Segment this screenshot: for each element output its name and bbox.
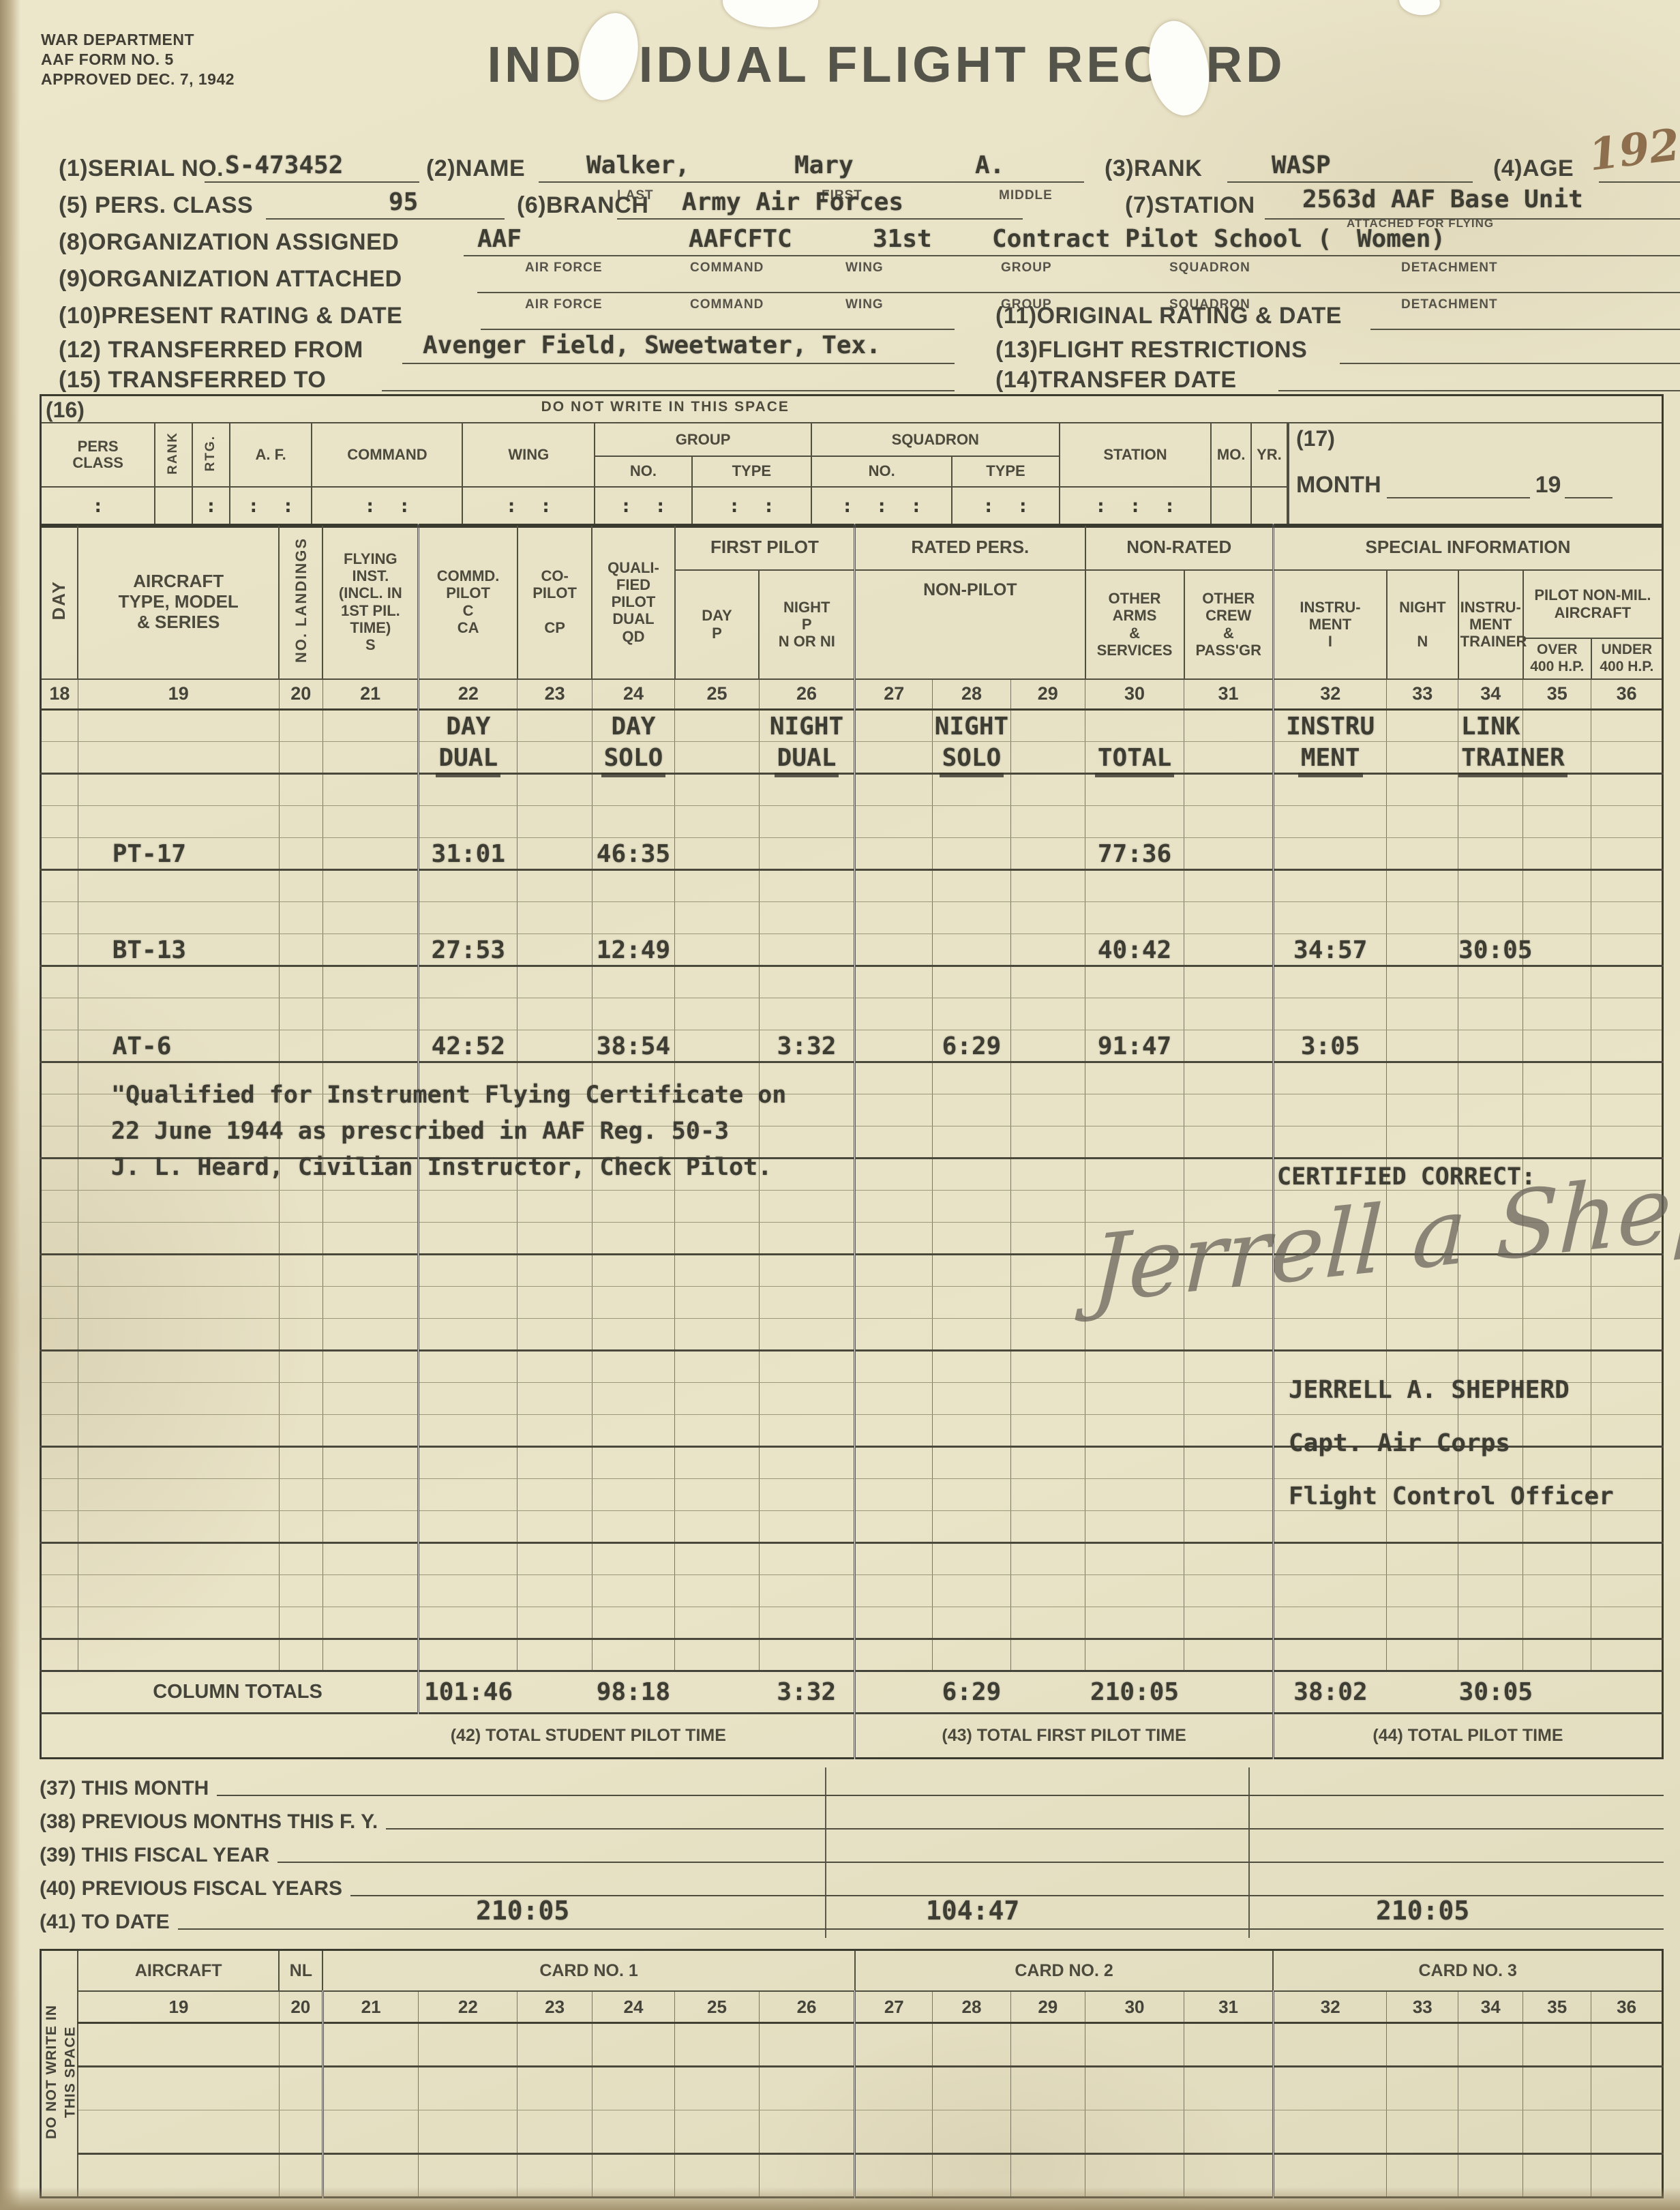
station-label: (7)STATION [1125, 192, 1255, 219]
org-assigned-underline [464, 255, 1680, 256]
hdr-first-pilot: FIRST PILOT [675, 525, 855, 570]
year-prefix: 19 [1535, 472, 1561, 498]
year-underline [1565, 497, 1612, 498]
col-rtg: RTG. [192, 423, 230, 487]
grid-row [41, 966, 1663, 998]
sub-air-force-2: AIR FORCE [525, 297, 603, 312]
org-air-force-value: AAF [477, 225, 522, 253]
transferred-to-label: (15) TRANSFERRED TO [59, 367, 326, 393]
scan-edge-left [0, 0, 20, 2210]
pers-class-underline [266, 218, 505, 220]
flight-row-bt13: BT-1327:5312:4940:4234:5730:05 [41, 934, 1663, 966]
section16-strip: (16) DO NOT WRITE IN THIS SPACE [42, 396, 1662, 423]
card-grid-row [41, 2023, 1663, 2067]
grid-row [41, 1318, 1663, 1350]
card-hdr-2: CARD NO. 2 [855, 1950, 1274, 1992]
sub-command-1: COMMAND [690, 260, 764, 275]
sub-group-1: GROUP [1001, 260, 1052, 275]
name-last-value: Walker, [586, 151, 690, 179]
totals-footer-row: (42) TOTAL STUDENT PILOT TIME (43) TOTAL… [41, 1713, 1663, 1758]
hdr-landings: NO. LANDINGS [279, 525, 322, 679]
sub-label-middle: MIDDLE [999, 188, 1053, 203]
form-number-label: AAF FORM NO. 5 [41, 50, 235, 70]
station-value: 2563d AAF Base Unit [1302, 185, 1583, 213]
org-command-value: AAFCFTC [689, 225, 792, 253]
flight-row-at6: AT-642:5238:543:326:2991:473:05 [41, 1030, 1663, 1062]
month-underline [1387, 497, 1530, 498]
serial-underline [205, 181, 419, 183]
card-hdr-3: CARD NO. 3 [1273, 1950, 1662, 1992]
col-command: COMMAND [312, 423, 462, 487]
sub-detachment-2: DETACHMENT [1401, 297, 1498, 312]
rank-value: WASP [1272, 151, 1331, 179]
transferred-from-label: (12) TRANSFERRED FROM [59, 337, 363, 363]
branch-label: (6)BRANCH [517, 192, 648, 219]
col-squadron-type: TYPE [952, 456, 1059, 486]
column-totals-label: COLUMN TOTALS [78, 1671, 419, 1713]
col-wing: WING [462, 423, 595, 487]
hdr-non-mil: PILOT NON-MIL. AIRCRAFT [1523, 570, 1663, 638]
officer-role: Flight Control Officer [1289, 1470, 1614, 1523]
serial-label: (1)SERIAL NO. [59, 155, 224, 182]
hdr-other-arms: OTHER ARMS & SERVICES [1085, 570, 1184, 679]
total-pilot-time-label: (44) TOTAL PILOT TIME [1273, 1713, 1662, 1758]
flight-restrictions-label: (13)FLIGHT RESTRICTIONS [995, 337, 1307, 363]
pers-class-value: 95 [389, 188, 418, 216]
name-label: (2)NAME [426, 155, 525, 182]
hdr-over-400: OVER 400 H.P. [1523, 638, 1591, 679]
to-date-value-2: 104:47 [926, 1896, 1019, 1926]
hdr-instrument: INSTRU- MENT I [1273, 570, 1387, 679]
flight-row-pt17: PT-1731:0146:3577:36 [41, 837, 1663, 869]
rank-label: (3)RANK [1105, 155, 1202, 182]
hdr-special-info: SPECIAL INFORMATION [1273, 525, 1662, 570]
hdr-non-rated: NON-RATED [1085, 525, 1274, 570]
original-rating-label: (11)ORIGINAL RATING & DATE [995, 303, 1342, 329]
grid-row [41, 1286, 1663, 1318]
name-middle-value: A. [975, 151, 1004, 179]
transferred-to-underline [382, 390, 955, 391]
org-attached-label: (9)ORGANIZATION ATTACHED [59, 266, 402, 293]
hdr-qualified: QUALI- FIED PILOT DUAL QD [592, 525, 674, 679]
branch-value: Army Air Forces [682, 188, 903, 216]
col-group: GROUP [595, 423, 811, 456]
org-group-squadron-value: Contract Pilot School ( [992, 225, 1332, 253]
card-hdr-nl: NL [279, 1950, 322, 1992]
hdr-commd-pilot: COMMD. PILOT C CA [419, 525, 517, 679]
hdr-rated-pers: RATED PERS. [855, 525, 1085, 570]
officer-name: JERRELL A. SHEPHERD [1289, 1364, 1614, 1417]
summary-row-39: (39) THIS FISCAL YEAR [40, 1834, 1664, 1867]
col-af: A. F. [230, 423, 312, 487]
age-underline [1599, 181, 1680, 183]
torn-hole-title-right [1141, 16, 1216, 121]
torn-notch-top-center [723, 0, 818, 27]
summary-row-38: (38) PREVIOUS MONTHS THIS F. Y. [40, 1801, 1664, 1834]
section17-month-panel: (17) MONTH19 [1288, 423, 1662, 526]
transferred-from-value: Avenger Field, Sweetwater, Tex. [423, 331, 881, 359]
certifying-officer-block: JERRELL A. SHEPHERD Capt. Air Corps Flig… [1289, 1364, 1614, 1523]
present-rating-underline [481, 329, 955, 330]
org-assigned-label: (8)ORGANIZATION ASSIGNED [59, 229, 399, 256]
agency-label: WAR DEPARTMENT [41, 30, 235, 50]
punch-colon-row: : : : : : : : : : : : : : : : : : : : : [42, 487, 1287, 525]
serial-value: S-473452 [225, 151, 343, 179]
sub-command-2: COMMAND [690, 297, 764, 312]
grid-row [41, 998, 1663, 1030]
card-number-row: 192021222324252627282930313233343536 [41, 1991, 1663, 2023]
certification-line-3: J. L. Heard, Civilian Instructor, Check … [111, 1150, 786, 1186]
sub-air-force-1: AIR FORCE [525, 260, 603, 275]
officer-rank: Capt. Air Corps [1289, 1417, 1614, 1470]
original-rating-underline [1370, 329, 1680, 330]
pers-class-label: (5) PERS. CLASS [59, 192, 253, 219]
col-group-type: TYPE [692, 456, 811, 486]
branch-underline [617, 218, 1023, 220]
total-student-pilot-time-label: (42) TOTAL STUDENT PILOT TIME [322, 1713, 854, 1758]
main-flight-table-wrap: DAY AIRCRAFT TYPE, MODEL & SERIES NO. LA… [40, 524, 1664, 1759]
name-underline [539, 181, 1084, 183]
torn-notch-top-right [1398, 0, 1442, 18]
typed-header-row-2: DUALSOLODUALSOLOTOTALMENTTRAINER [41, 741, 1663, 773]
sub-detachment-1: DETACHMENT [1401, 260, 1498, 275]
hdr-co-pilot: CO- PILOT CP [517, 525, 592, 679]
present-rating-label: (10)PRESENT RATING & DATE [59, 303, 402, 329]
grid-row [41, 773, 1663, 805]
typed-header-row-1: DAYDAYNIGHTNIGHTINSTRULINK [41, 709, 1663, 741]
column-number-row: 18192021222324252627282930313233343536 [41, 679, 1663, 710]
col-yr: YR. [1251, 423, 1287, 487]
hdr-non-pilot: NON-PILOT [855, 570, 1085, 679]
grid-row [41, 805, 1663, 837]
hdr-fp-day: DAY P [675, 570, 760, 679]
hdr-fp-night: NIGHT P N OR NI [759, 570, 854, 679]
card-no-write-strip: DO NOT WRITE IN THIS SPACE [41, 1950, 78, 2198]
col-station: STATION [1060, 423, 1212, 487]
rank-underline [1227, 181, 1473, 183]
transfer-date-underline [1278, 390, 1680, 391]
card-table: DO NOT WRITE IN THIS SPACE AIRCRAFT NL C… [40, 1949, 1664, 2198]
age-label: (4)AGE [1493, 155, 1574, 182]
hdr-inst-trainer: INSTRU- MENT TRAINER [1458, 570, 1523, 679]
hdr-other-crew: OTHER CREW & PASS'GR [1184, 570, 1274, 679]
column-totals-row: COLUMN TOTALS101:4698:183:326:29210:0538… [41, 1671, 1663, 1713]
grid-row [41, 869, 1663, 901]
col-mo: MO. [1211, 423, 1250, 487]
org-wing-value: 31st [873, 225, 932, 253]
transferred-from-underline [402, 363, 955, 364]
sub-wing-1: WING [845, 260, 884, 275]
org-attached-underline [477, 292, 1680, 293]
col-rank: RANK [155, 423, 192, 487]
grid-row [41, 1607, 1663, 1639]
hdr-night: NIGHT N [1387, 570, 1458, 679]
col-squadron-no: NO. [811, 456, 952, 486]
hdr-aircraft: AIRCRAFT TYPE, MODEL & SERIES [78, 525, 279, 679]
grid-row [41, 1574, 1663, 1607]
form-meta: WAR DEPARTMENT AAF FORM NO. 5 APPROVED D… [41, 30, 235, 89]
flight-record-document: WAR DEPARTMENT AAF FORM NO. 5 APPROVED D… [0, 0, 1680, 2210]
certification-line-1: "Qualified for Instrument Flying Certifi… [111, 1077, 786, 1114]
month-label: MONTH [1296, 472, 1381, 498]
section16-table: PERS CLASS RANK RTG. A. F. COMMAND WING … [42, 423, 1288, 526]
grid-row [41, 1639, 1663, 1671]
certification-line-2: 22 June 1944 as prescribed in AAF Reg. 5… [111, 1114, 786, 1150]
transfer-date-label: (14)TRANSFER DATE [995, 367, 1237, 393]
grid-row [41, 901, 1663, 934]
hdr-under-400: UNDER 400 H.P. [1591, 638, 1663, 679]
grid-row [41, 1542, 1663, 1574]
col-group-no: NO. [595, 456, 692, 486]
card-hdr-aircraft: AIRCRAFT [78, 1950, 279, 1992]
sub-squadron-1: SQUADRON [1169, 260, 1250, 275]
attached-for-flying-note: ATTACHED FOR FLYING [1347, 217, 1494, 230]
flight-restrictions-underline [1340, 363, 1680, 364]
approved-date-label: APPROVED DEC. 7, 1942 [41, 70, 235, 89]
section17-number: (17) [1296, 426, 1335, 451]
certification-note: "Qualified for Instrument Flying Certifi… [111, 1077, 786, 1186]
card-grid-row [41, 2110, 1663, 2154]
card-hdr-1: CARD NO. 1 [322, 1950, 854, 1992]
summary-section: (37) THIS MONTH (38) PREVIOUS MONTHS THI… [40, 1767, 1664, 1938]
col-pers-class: PERS CLASS [42, 423, 155, 487]
sub-wing-2: WING [845, 297, 884, 312]
hdr-day: DAY [41, 525, 78, 679]
total-first-pilot-time-label: (43) TOTAL FIRST PILOT TIME [855, 1713, 1274, 1758]
summary-row-37: (37) THIS MONTH [40, 1767, 1664, 1800]
do-not-write-caption: DO NOT WRITE IN THIS SPACE [42, 399, 1289, 415]
scan-edge-bottom [0, 2187, 1680, 2210]
age-value-handwritten: 1920 [1586, 115, 1680, 181]
hdr-flying-inst: FLYING INST. (INCL. IN 1ST PIL. TIME) S [322, 525, 418, 679]
section-16-panel: (16) DO NOT WRITE IN THIS SPACE PERS CLA… [40, 394, 1664, 528]
name-first-value: Mary [794, 151, 854, 179]
col-squadron: SQUADRON [811, 423, 1060, 456]
card-grid-row [41, 2067, 1663, 2110]
to-date-value-3: 210:05 [1376, 1896, 1469, 1926]
document-title: INDIVIDUAL FLIGHT RECORD [239, 35, 1534, 93]
to-date-value-1: 210:05 [476, 1896, 569, 1926]
